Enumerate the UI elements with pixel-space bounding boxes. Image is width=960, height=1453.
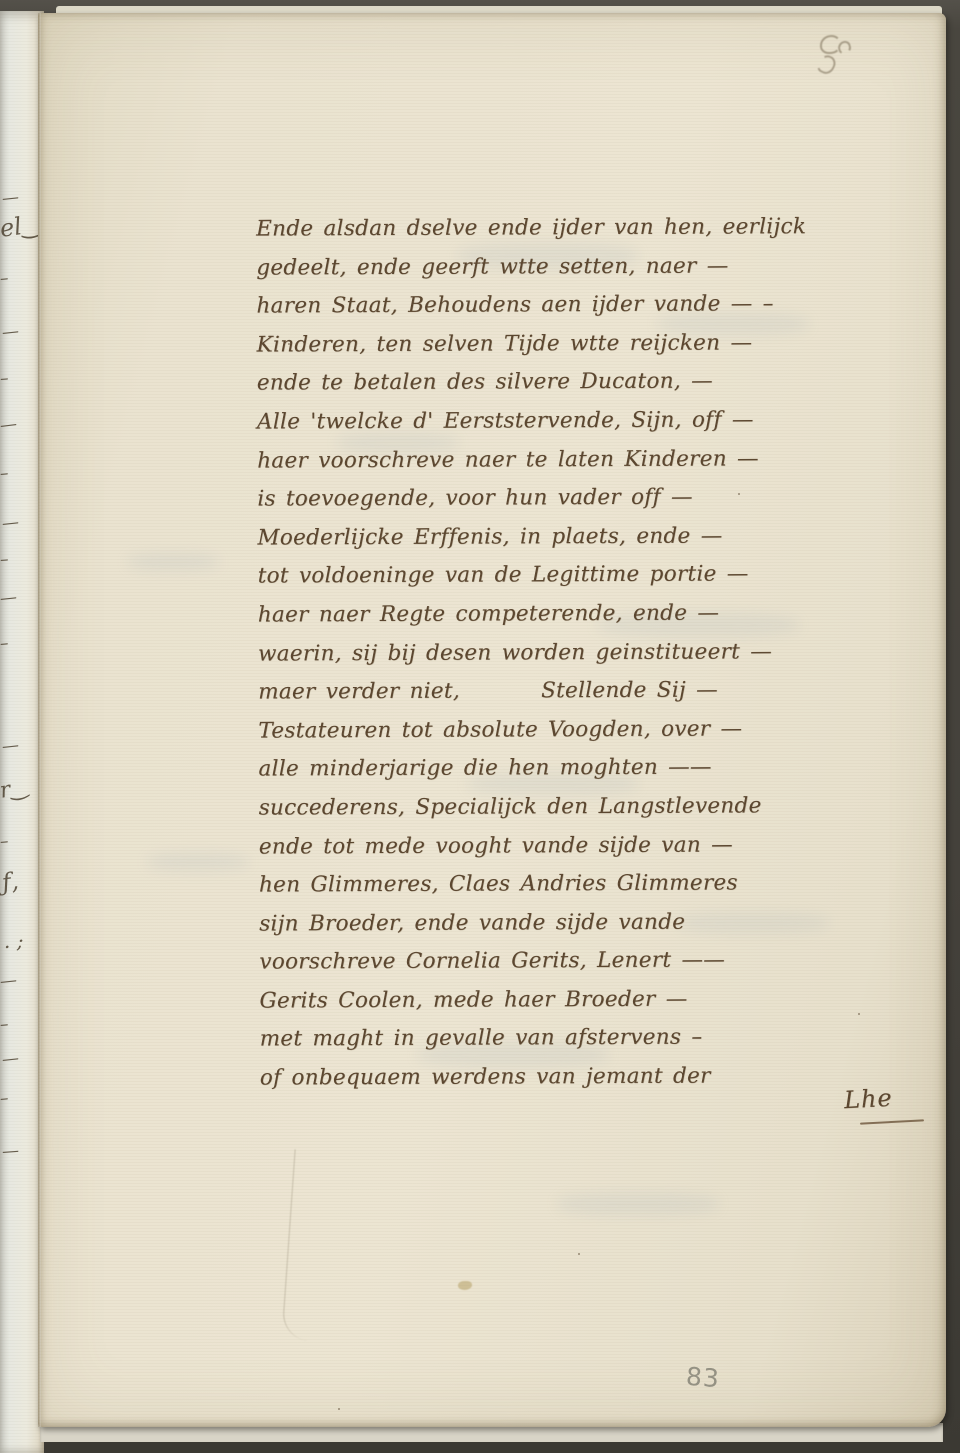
text-line: is toevoegende, voor hun vader off — <box>257 478 957 520</box>
bleedthrough-spot <box>148 853 248 871</box>
margin-mark: — <box>1 321 20 343</box>
margin-mark: — <box>0 414 18 436</box>
margin-mark: — <box>1 735 20 757</box>
text-line: maer verder niet, Stellende Sij — <box>258 671 958 713</box>
margin-mark: – <box>0 633 9 654</box>
text-line: haren Staat, Behoudens aen ijder vande —… <box>256 285 956 327</box>
text-line: gedeelt, ende geerft wtte setten, naer — <box>256 246 956 288</box>
text-line: met maght in gevalle van afstervens – <box>260 1018 960 1060</box>
text-line: Kinderen, ten selven Tijde wtte reijcken… <box>257 323 957 365</box>
margin-mark: – <box>0 831 9 852</box>
catchword: Lhe <box>843 1084 893 1115</box>
paper-speck <box>578 1253 580 1255</box>
text-line: haer naer Regte competerende, ende — <box>258 593 958 635</box>
margin-mark: – <box>0 1014 9 1035</box>
text-line: Testateuren tot absolute Voogden, over — <box>258 709 958 751</box>
text-line: haer voorschreve naer te laten Kinderen … <box>257 439 957 481</box>
paper-speck <box>338 1408 340 1410</box>
handwritten-text-block: Ende alsdan dselve ende ijder van hen, e… <box>256 207 960 1098</box>
paper-speck <box>738 493 740 495</box>
bleedthrough-spot <box>558 1193 718 1215</box>
scan-background: —el‿–—–—–—–—–—r‿–ƒ,. ;—–—–— Ende alsdan … <box>0 0 960 1453</box>
margin-mark: — <box>0 970 18 992</box>
text-line: ende tot mede vooght vande sijde van — <box>259 825 959 867</box>
margin-mark: — <box>1 1048 20 1070</box>
text-line: Alle 'twelcke d' Eerststervende, Sijn, o… <box>257 400 957 442</box>
margin-mark: . ; <box>4 929 23 953</box>
margin-mark: el‿ <box>0 209 43 242</box>
margin-mark: — <box>1 1141 19 1162</box>
text-line: alle minderjarige die hen moghten —— <box>258 748 958 790</box>
margin-mark: – <box>0 549 9 570</box>
margin-mark: – <box>0 368 9 389</box>
text-line: Ende alsdan dselve ende ijder van hen, e… <box>256 207 956 249</box>
text-line: waerin, sij bij desen worden geinstituee… <box>258 632 958 674</box>
gutter-fold-line <box>38 13 41 1427</box>
bleedthrough-spot <box>128 553 218 571</box>
margin-mark: – <box>0 463 9 484</box>
margin-mark: ƒ, <box>0 867 20 897</box>
text-line: voorschreve Cornelia Gerits, Lenert —— <box>259 941 959 983</box>
ink-smudge <box>818 33 852 83</box>
paper-speck <box>858 1013 860 1015</box>
text-line: ende te betalen des silvere Ducaton, — <box>257 362 957 404</box>
manuscript-page: Ende alsdan dselve ende ijder van hen, e… <box>38 13 946 1427</box>
margin-mark: — <box>1 187 20 209</box>
margin-mark: – <box>0 268 9 289</box>
margin-mark: — <box>1 512 20 534</box>
margin-mark: — <box>0 587 18 609</box>
text-line: hen Glimmeres, Claes Andries Glimmeres <box>259 864 959 906</box>
catchword-flourish <box>860 1119 924 1124</box>
margin-mark: r‿ <box>0 774 30 804</box>
paper-speck <box>288 343 290 345</box>
page-number-pencil: 83 <box>685 1362 721 1393</box>
paper-stain <box>458 1281 472 1290</box>
margin-mark: – <box>0 1088 9 1109</box>
text-line: Gerits Coolen, mede haer Broeder — <box>259 979 959 1021</box>
text-line: sijn Broeder, ende vande sijde vande <box>259 902 959 944</box>
text-line: Moederlijcke Erffenis, in plaets, ende — <box>257 516 957 558</box>
paper-crease <box>281 1149 321 1340</box>
text-line: succederens, Specialijck den Langstleven… <box>259 786 959 828</box>
text-line: tot voldoeninge van de Legittime portie … <box>258 555 958 597</box>
